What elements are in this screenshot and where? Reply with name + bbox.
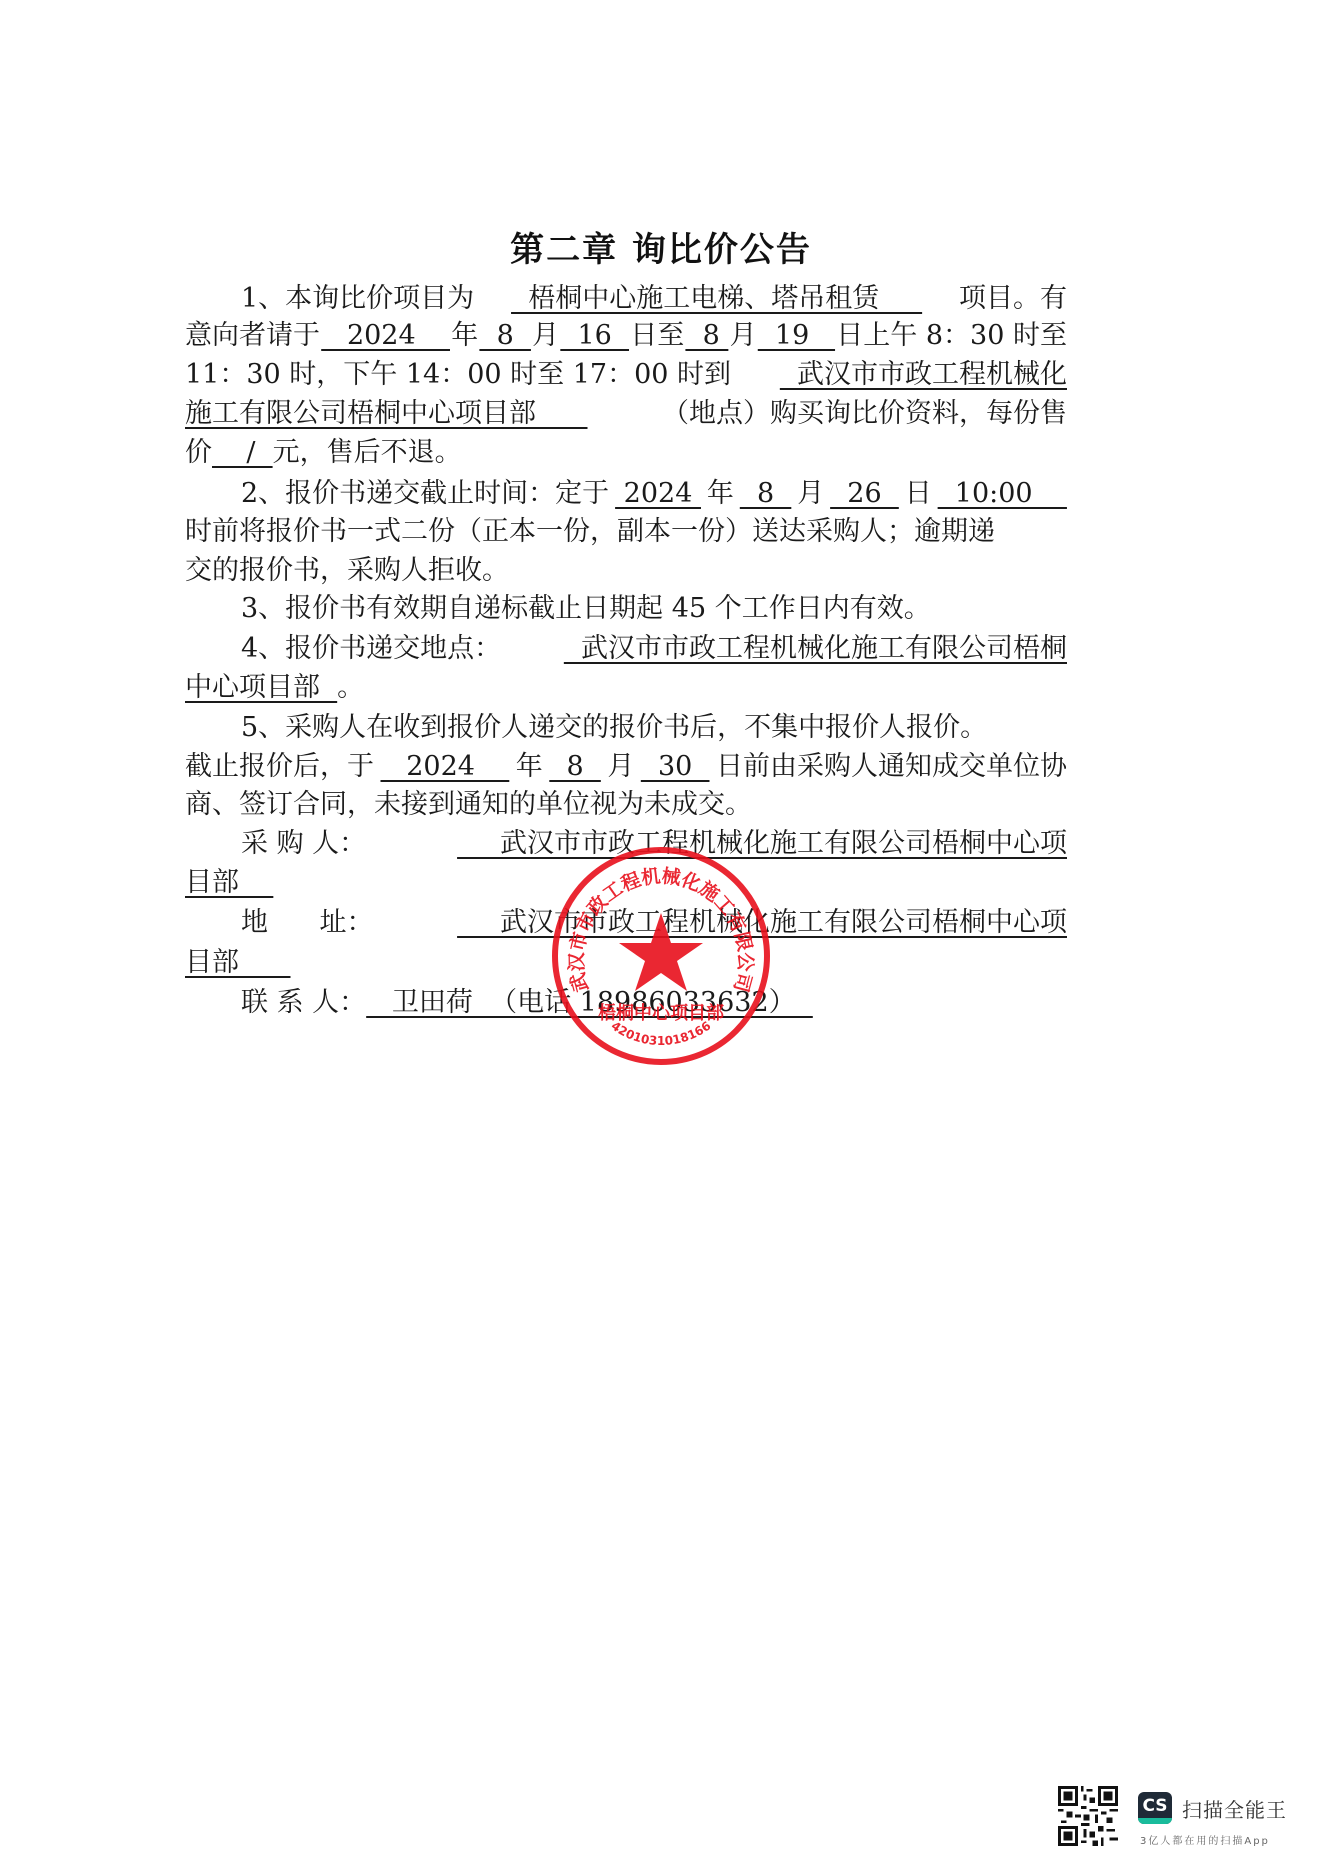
text: 3、报价书有效期自递标截止日期起 45 个工作日内有效。	[241, 589, 931, 628]
text: 项目。有	[959, 279, 1067, 318]
text: 1、本询比价项目为	[241, 279, 474, 318]
text: 交的报价书，采购人拒收。	[185, 551, 509, 590]
para3-line1: 3、报价书有效期自递标截止日期起 45 个工作日内有效。	[241, 589, 1123, 628]
address-label: 地 址：	[241, 903, 374, 942]
text: 5、采购人在收到报价人递交的报价书后，不集中报价人报价。	[241, 708, 987, 747]
address-line1: 地 址： 武汉市市政工程机械化施工有限公司梧桐中心项	[241, 903, 1067, 942]
para1-line4: 施工有限公司梧桐中心项目部 （地点）购买询比价资料，每份售	[185, 394, 1067, 433]
text: 4、报价书递交地点：	[241, 629, 501, 668]
qr-code-icon	[1058, 1786, 1118, 1846]
app-tagline: 3亿人都在用的扫描App	[1140, 1832, 1270, 1847]
deadline-day-field: 26	[830, 474, 899, 513]
text: 日上午 8：30 时至	[836, 316, 1067, 355]
start-year-field: 2024	[321, 316, 450, 355]
text: 月	[730, 316, 757, 355]
purchase-location-field-cont: 施工有限公司梧桐中心项目部	[185, 394, 588, 433]
camscanner-logo-icon: CS	[1138, 1792, 1172, 1824]
text: 商、签订合同，未接到通知的单位视为未成交。	[185, 785, 752, 824]
start-month-field: 8	[479, 316, 531, 355]
text: 年	[516, 747, 543, 786]
para1-line1: 1、本询比价项目为 梧桐中心施工电梯、塔吊租赁 项目。有	[241, 279, 1067, 318]
para5-line3: 商、签订合同，未接到通知的单位视为未成交。	[185, 785, 1067, 824]
text: 月	[532, 316, 559, 355]
para5-line2: 截止报价后，于 2024 年 8 月 30 日前由采购人通知成交单位协	[185, 747, 1067, 786]
buyer-label: 采 购 人：	[241, 824, 366, 863]
text: （地点）购买询比价资料，每份售	[662, 394, 1067, 433]
text: 2、报价书递交截止时间：定于	[241, 474, 609, 513]
camscanner-watermark: CS 扫描全能王 3亿人都在用的扫描App	[1058, 1786, 1308, 1856]
text: 元，售后不退。	[273, 433, 462, 472]
deadline-year-field: 2024	[615, 474, 701, 513]
start-day-field: 16	[560, 316, 629, 355]
text: 意向者请于	[185, 316, 320, 355]
notify-month-field: 8	[549, 747, 601, 786]
para1-line2: 意向者请于 2024 年 8 月 16 日至 8 月 19 日上午 8：30 时…	[185, 316, 1067, 355]
buyer-value: 武汉市市政工程机械化施工有限公司梧桐中心项	[457, 824, 1067, 863]
text: 月	[607, 747, 634, 786]
para4-line1: 4、报价书递交地点： 武汉市市政工程机械化施工有限公司梧桐	[241, 629, 1067, 668]
contact-value: 卫田荷 （电话 18986033632）	[366, 983, 813, 1022]
document-page: 第二章 询比价公告 1、本询比价项目为 梧桐中心施工电梯、塔吊租赁 项目。有 意…	[0, 0, 1322, 1871]
text: 11：30 时，下午 14：00 时至 17：00 时到	[185, 355, 731, 394]
buyer-line1: 采 购 人： 武汉市市政工程机械化施工有限公司梧桐中心项	[241, 824, 1067, 863]
contact-label: 联 系 人：	[241, 983, 366, 1022]
project-name-field: 梧桐中心施工电梯、塔吊租赁	[511, 279, 922, 318]
para5-line1: 5、采购人在收到报价人递交的报价书后，不集中报价人报价。	[241, 708, 1123, 747]
end-day-field: 19	[758, 316, 835, 355]
submission-location-field-cont: 中心项目部	[185, 668, 337, 707]
address-line2: 目部	[185, 943, 1067, 982]
text: 。	[337, 668, 364, 707]
text: 价	[185, 433, 212, 472]
buyer-value-cont: 目部	[185, 863, 273, 902]
text: 年	[451, 316, 478, 355]
text: 日前由采购人通知成交单位协	[716, 747, 1067, 786]
text: 月	[797, 474, 824, 513]
para2-line1: 2、报价书递交截止时间：定于 2024 年 8 月 26 日 10:00	[241, 474, 1067, 513]
text: 截止报价后，于	[185, 747, 374, 786]
para4-line2: 中心项目部 。	[185, 668, 1067, 707]
purchase-location-field: 武汉市市政工程机械化	[780, 355, 1067, 394]
text: 时前将报价书一式二份（正本一份，副本一份）送达采购人；逾期递	[185, 512, 995, 551]
para2-line2: 时前将报价书一式二份（正本一份，副本一份）送达采购人；逾期递	[185, 512, 1067, 551]
address-value-cont: 目部	[185, 943, 291, 982]
buyer-line2: 目部	[185, 863, 1067, 902]
page-title: 第二章 询比价公告	[0, 222, 1322, 271]
deadline-month-field: 8	[740, 474, 792, 513]
app-name: 扫描全能王	[1182, 1794, 1287, 1823]
notify-day-field: 30	[641, 747, 710, 786]
notify-year-field: 2024	[381, 747, 510, 786]
para1-line5: 价 / 元，售后不退。	[185, 433, 1067, 472]
contact-line: 联 系 人： 卫田荷 （电话 18986033632）	[241, 983, 1123, 1022]
end-month-field: 8	[685, 316, 728, 355]
text: 年	[707, 474, 734, 513]
deadline-time-field: 10:00	[938, 474, 1067, 513]
price-field: /	[212, 433, 273, 472]
svg-text:4201031018166: 4201031018166	[609, 1019, 714, 1048]
text: 日至	[630, 316, 684, 355]
para1-line3: 11：30 时，下午 14：00 时至 17：00 时到 武汉市市政工程机械化	[185, 355, 1067, 394]
text: 日	[905, 474, 932, 513]
submission-location-field: 武汉市市政工程机械化施工有限公司梧桐	[564, 629, 1067, 668]
address-value: 武汉市市政工程机械化施工有限公司梧桐中心项	[457, 903, 1067, 942]
para2-line3: 交的报价书，采购人拒收。	[185, 551, 1067, 590]
